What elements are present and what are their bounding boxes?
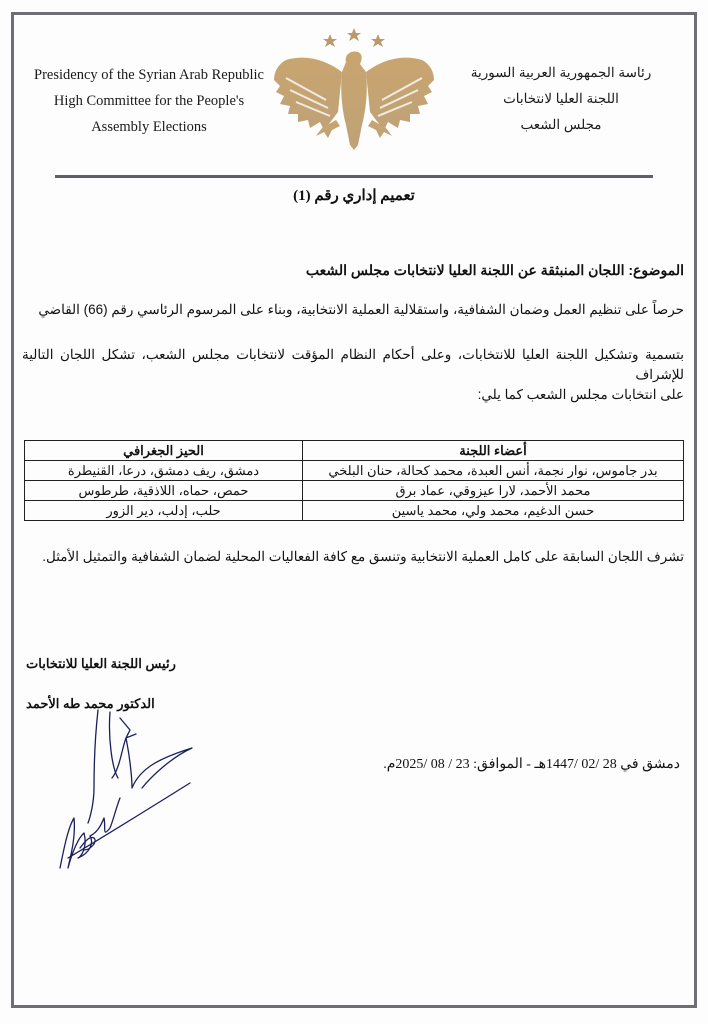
body-paragraph-3: على انتخابات مجلس الشعب كما يلي: bbox=[22, 385, 684, 405]
english-letterhead: Presidency of the Syrian Arab Republic H… bbox=[18, 62, 280, 140]
english-line-3: Assembly Elections bbox=[18, 114, 280, 140]
english-line-1: Presidency of the Syrian Arab Republic bbox=[18, 62, 280, 88]
circular-title: تعميم إداري رقم (1) bbox=[0, 186, 708, 205]
arabic-line-3: مجلس الشعب bbox=[450, 112, 672, 138]
closing-paragraph: تشرف اللجان السابقة على كامل العملية الا… bbox=[42, 549, 684, 565]
members-cell: محمد الأحمد، لارا عيزوقي، عماد برق bbox=[303, 481, 684, 501]
table-row: محمد الأحمد، لارا عيزوقي، عماد برق حمص، … bbox=[25, 481, 684, 501]
header-geographic-area: الحيز الجغرافي bbox=[25, 441, 303, 461]
header-committee-members: أعضاء اللجنة bbox=[303, 441, 684, 461]
subject-line: الموضوع: اللجان المنبثقة عن اللجنة العلي… bbox=[306, 262, 684, 279]
english-line-2: High Committee for the People's bbox=[18, 88, 280, 114]
body-paragraph-2: بتسمية وتشكيل اللجنة العليا للانتخابات، … bbox=[22, 345, 684, 385]
handwritten-signature-icon bbox=[50, 708, 210, 878]
golden-eagle-emblem-icon bbox=[266, 20, 442, 155]
date-line: دمشق في 28 /02 /1447هـ - الموافق: 23 / 0… bbox=[383, 756, 680, 773]
arabic-line-2: اللجنة العليا لانتخابات bbox=[450, 86, 672, 112]
area-cell: حلب، إدلب، دير الزور bbox=[25, 501, 303, 521]
table-header-row: أعضاء اللجنة الحيز الجغرافي bbox=[25, 441, 684, 461]
header-divider bbox=[55, 175, 653, 178]
body-paragraph-1: حرصاً على تنظيم العمل وضمان الشفافية، وا… bbox=[22, 300, 684, 320]
arabic-letterhead: رئاسة الجمهورية العربية السورية اللجنة ا… bbox=[450, 60, 672, 138]
members-cell: بدر جاموس، نوار نجمة، أنس العبدة، محمد ك… bbox=[303, 461, 684, 481]
committees-table: أعضاء اللجنة الحيز الجغرافي بدر جاموس، ن… bbox=[24, 440, 684, 521]
area-cell: حمص، حماه، اللاذقية، طرطوس bbox=[25, 481, 303, 501]
arabic-line-1: رئاسة الجمهورية العربية السورية bbox=[450, 60, 672, 86]
area-cell: دمشق، ريف دمشق، درعا، القنيطرة bbox=[25, 461, 303, 481]
table-row: حسن الدغيم، محمد ولي، محمد ياسين حلب، إد… bbox=[25, 501, 684, 521]
signatory-title: رئيس اللجنة العليا للانتخابات bbox=[26, 656, 176, 672]
members-cell: حسن الدغيم، محمد ولي، محمد ياسين bbox=[303, 501, 684, 521]
table-row: بدر جاموس، نوار نجمة، أنس العبدة، محمد ك… bbox=[25, 461, 684, 481]
